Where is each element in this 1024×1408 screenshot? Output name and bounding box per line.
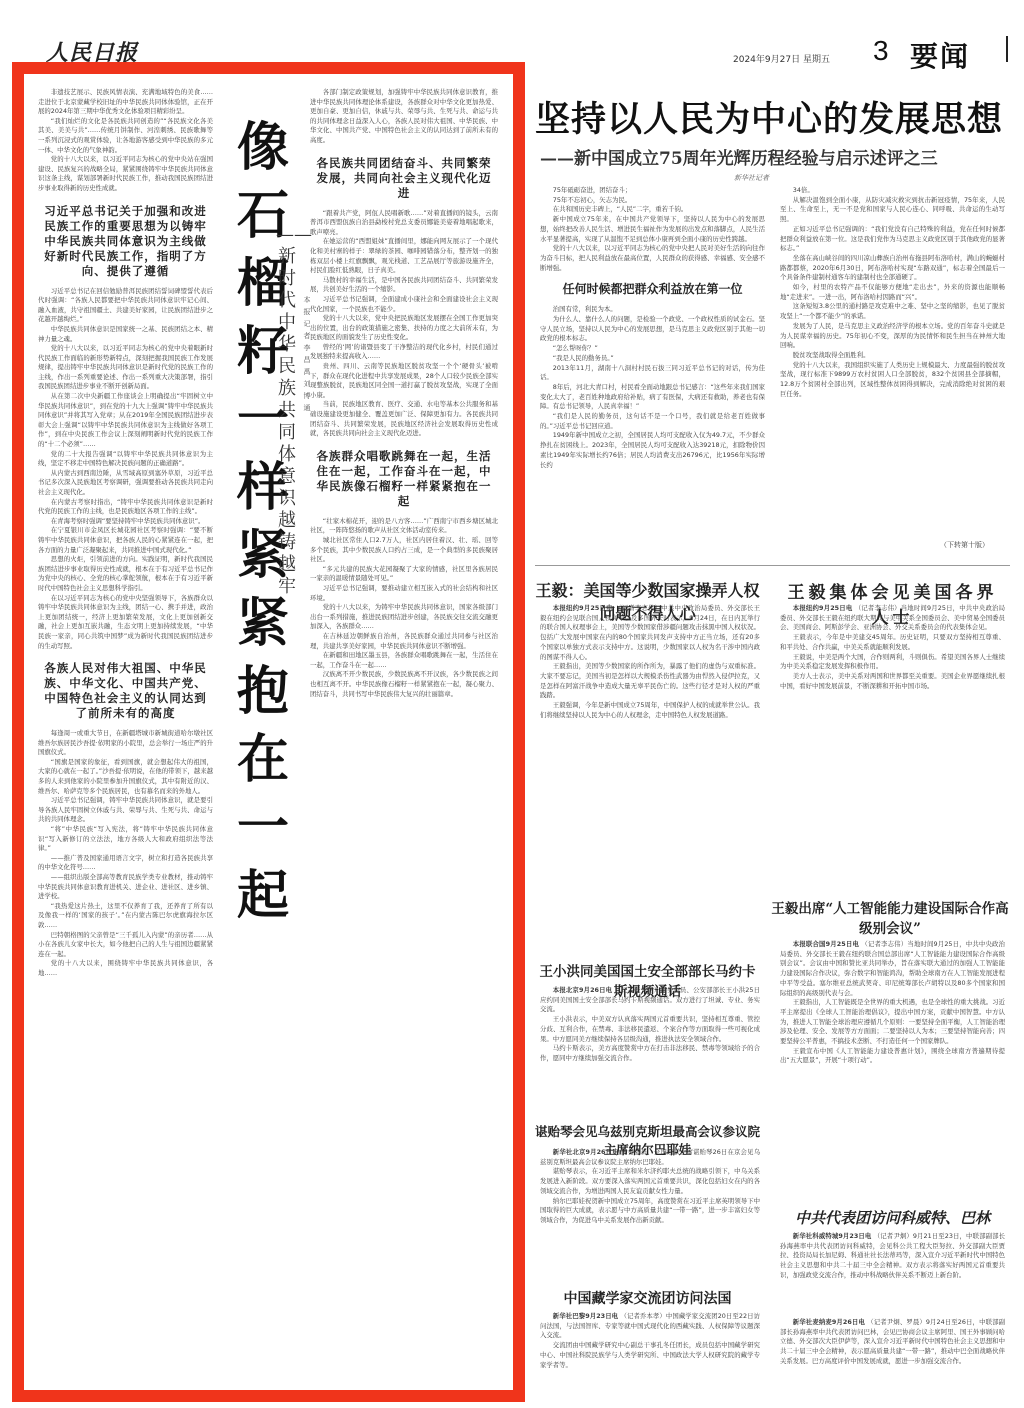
paragraph: 王毅表示，今年是中美建交45周年。历史证明，只要双方坚持相互尊重、和平共处、合作… (780, 633, 1005, 652)
paragraph: 美方人士表示，美中关系对两国和世界都至关重要。美国企业界愿继续扎根中国，看好中国… (780, 672, 1005, 691)
paragraph: 本报联合国9月25日电 （记者李志伟）当地时间9月25日，中共中央政治局委员、外… (780, 940, 1005, 998)
paragraph: 城北社区常住人口2.7万人，社区内居住着汉、壮、瑶、回等多个民族，其中少数民族人… (310, 536, 498, 565)
paragraph: 习近平总书记强调，要推动建立相互嵌入式的社会结构和社区环境。 (310, 584, 498, 603)
paragraph: 党的二十大报告强调“以铸牢中华民族共同体意识为主线，坚定不移走中国特色解决民族问… (38, 450, 213, 469)
paragraph: “我热爱这片热土，这里不仅养育了我，还养育了所有以及像我一样的‘国家的孩子’。”… (38, 902, 213, 931)
paragraph: 治国有常，利民为本。 (540, 305, 765, 315)
main-byline: 新华社记者 (734, 173, 769, 183)
dateline: 本报纽约9月25日电 (793, 604, 855, 612)
paragraph: “我是人民的勤务员。” (540, 354, 765, 364)
paragraph: 汉族离不开少数民族，少数民族离不开汉族，各少数民族之间也相互离不开。中华民族像石… (310, 670, 498, 699)
paragraph: “多元共建的民族大花园凝聚了大家的情感，社区里各族居民一家亲的温暖情景随处可见。… (310, 565, 498, 584)
main-subheadline: ——新中国成立75周年光辉历程经验与启示述评之三 (540, 144, 1010, 169)
paragraph: 谌贻琴表示，在习近平主席和米尔济约耶夫总统的战略引领下，中乌关系发展进入新阶段。… (540, 1167, 760, 1196)
news-headline-7: 中共代表团访问科威特、巴林 (780, 1207, 1005, 1228)
paragraph: 在以习近平同志为核心的党中央坚强领导下，各族群众以铸牢中华民族共同体意识为主线，… (38, 594, 213, 652)
paragraph: 在青海考察时强调“要坚持铸牢中华民族共同体意识”。 (38, 517, 213, 527)
paragraph: 纳尔巴耶娃祝贺新中国成立75周年，高度赞赏在习近平主席英明领导下中国取得的巨大成… (540, 1197, 760, 1226)
dateline: 新华社科威特城9月23日电 (793, 1232, 874, 1240)
dateline: 本报北京9月26日电 (553, 986, 615, 994)
paragraph: 新华社科威特城9月23日电 （记者尹炯）9月21日至23日，中联部副部长孙海燕率… (780, 1232, 1005, 1281)
paragraph: 巴特朝格图的父亲曾是“三千孤儿入内蒙”的亲历者……从小在各族儿女家中长大，如今他… (38, 931, 213, 960)
paragraph: 党的十八大以来，以习近平同志为核心的党中央站在强国建设、民族复兴的战略全局，紧紧… (38, 155, 213, 193)
paragraph: 党的十八大以来，党中央把民族地区发展摆在全国工作更加突出的位置，出台的政策措施之… (310, 314, 498, 343)
dateline: 新华社北京9月26日电 (553, 1148, 621, 1156)
paragraph: 从在第二次中央新疆工作座谈会上明确提出“牢固树立中华民族共同体意识”，到在党的十… (38, 392, 213, 450)
paragraph: 发展为了人民，是马克思主义政治经济学的根本立场。党的百年奋斗史就是为人民谋幸福的… (780, 322, 1005, 351)
paragraph: “我们灿烂的文化是各民族共同创造的”“各民族文化各美其美、美美与共”……传统月饼… (38, 117, 213, 155)
paragraph: 8年后，河北大青口村，村民看全面动地跟总书记感言：“这些年来我们国家变化太大了，… (540, 383, 765, 412)
continue-note: （下转第十版） (940, 540, 989, 550)
paragraph: 正如习近平总书记强调的：“我们党没有自己特殊的利益，党在任何时候都把群众利益放在… (780, 225, 1005, 254)
paragraph: 这条短短3.8公里的通村路是攻克难中之难、坚中之坚的缩影，也见了脱贫攻坚上“一个… (780, 302, 1005, 321)
paragraph: 党的十八大以来，为铸牢中华民族共同体意识，国家各级部门出台一系列措施，推进民族团… (310, 603, 498, 632)
main-article-subhead: 任何时候都把群众利益放在第一位 (540, 281, 765, 297)
paragraph: 34倍。 (780, 186, 1005, 196)
news-body-8: 新华社麦纳麦9月26日电 （记者尹炯、罗晨）9月24日至26日，中联部副部长孙海… (780, 1318, 1005, 1403)
dateline: 新华社麦纳麦9月26日电 (793, 1318, 867, 1326)
news-body-5: 新华社北京9月26日电 国务委员、全国妇联主席谌贻琴26日在京会见乌兹别克斯坦最… (540, 1148, 760, 1278)
paragraph: “我们是人民的勤务员，这句话不是一个口号，我们就是给老百姓做事的。”习近平总书记… (540, 412, 765, 431)
paragraph: 中华民族共同体意识是国家统一之基、民族团结之本、精神力量之魂。 (38, 325, 213, 344)
news-headline-6: 中国藏学家交流团访问法国 (535, 1288, 760, 1308)
paragraph: 习近平总书记强调，铸牢中华民族共同体意识，就是要引导各族人民牢固树立休戚与共、荣… (38, 796, 213, 825)
paragraph: 在宁夏银川市金凤区长城花园社区考察时强调：“要不断铸牢中华民族共同体意识，把各族… (38, 526, 213, 555)
paragraph: ——推广普及国家通用语言文字，树立和打造各民族共享的中华文化符号…… (38, 854, 213, 873)
paragraph: 王毅指出，人工智能既是全世界的重大机遇，也是全球性的重大挑战。习近平主席提出《全… (780, 998, 1005, 1047)
paragraph: 在她运营的“西盟姐妹”直播间里，娜能向网友展示了一个现代化和美村寨的样子：翠绿的… (310, 237, 498, 275)
paragraph: 当前，民族地区教育、医疗、交通、水电等基本公共服务和基础设施建设更加健全、覆盖更… (310, 400, 498, 438)
paragraph: 马散村的幸福生活，是中国各民族共同团结奋斗、共同繁荣发展，共创美好生活的一个缩影… (310, 276, 498, 295)
paragraph: 党的十八大以来，我国组织实施了人类历史上规模最大、力度最强的脱贫攻坚战，现行标准… (780, 361, 1005, 400)
paragraph: 习近平总书记在回信勉励普洱民族团结誓词碑盟誓代表后代时强调：“各族人民都要把中华… (38, 287, 213, 325)
feature-column-left: 非遗技艺展示、民族风情表演、充满地域特色的美食……走进位于北京蒙藏学校旧址的中华… (38, 88, 213, 1388)
paragraph: 曾经的‘网’的诸暨县变了干净整洁的现代化乡村，村民们通过发展独特来提高收入…… (310, 343, 498, 362)
paragraph: ——组织出版全部高等教育民族学类专业教材，推动铸牢中华民族共同体意识教育进机关、… (38, 873, 213, 902)
paragraph: 新华社北京9月26日电 国务委员、全国妇联主席谌贻琴26日在京会见乌兹别克斯坦最… (540, 1148, 760, 1167)
paragraph: 交流团由中国藏学研究中心副总干事孔冬任团长，成员包括中国藏学研究中心、中国社科院… (540, 1341, 760, 1370)
paragraph: 本报北京9月26日电 （记者张天培）国务委员、公安部部长王小洪25日应约同美国国… (540, 986, 760, 1015)
divider (535, 565, 1010, 566)
paragraph: 为什么人、靠什么人的问题，是检验一个政党、一个政权性质的试金石。坚守人民立场，坚… (540, 315, 765, 344)
paragraph: 习近平总书记强调，全面建成小康社会和全面建设社会主义现代化国家，一个民族也不能少… (310, 295, 498, 314)
paragraph: 在内蒙古考察时指出，“铸牢中华民族共同体意识是新时代党的民族工作的主线，也是民族… (38, 498, 213, 517)
news-body-2: 本报纽约9月25日电 （记者李志伟）当地时间9月25日，中共中央政治局委员、外交… (780, 604, 1005, 874)
paragraph: 思想的火炬，引领前进的方向。实践证明，新时代我国民族团结进步事业取得历史性成就，… (38, 555, 213, 593)
feature-subhead-3: 各民族共同团结奋斗、共同繁荣发展，共同向社会主义现代化迈进 (312, 156, 496, 201)
paragraph: 2013年11月，湖南十八洞村村民石拔三同习近平总书记的对话，传为佳话。 (540, 364, 765, 383)
paragraph: 75年不忘初心，矢志为民。 (540, 196, 765, 206)
paragraph: 本报纽约9月25日电 （记者李志伟）当地时间9月25日，中共中央政治局委员、外交… (780, 604, 1005, 633)
paragraph: 各部门制定政策规划，加强铸牢中华民族共同体意识教育，推进中华民族共同体理论体系建… (310, 88, 498, 146)
paragraph: 在新疆和田地区墨玉县，各族群众唱歌跳舞在一起，生活住在一起，工作奋斗在一起…… (310, 651, 498, 670)
paragraph: “怎么帮呀你？” (540, 344, 765, 354)
paragraph: 1949年新中国成立之初，全国居民人均可支配收入仅为49.7元，不少群众挣扎在贫… (540, 431, 765, 470)
dateline: 本报纽约9月25日电 (553, 604, 615, 612)
issue-date: 2024年9月27日 星期五 (733, 52, 830, 65)
paragraph: 贵州、四川、云南等民族地区脱贫攻坚一个个‘硬骨头’被啃下，群众在现代化进程中共享… (310, 362, 498, 400)
dateline: 本报联合国9月25日电 (793, 940, 862, 948)
paragraph: 王毅指出，美国等少数国家的所作所为，暴露了他们的虚伪与双重标准。大家不要忘记，美… (540, 662, 760, 701)
paragraph: 脱贫攻坚战取得全面胜利。 (780, 351, 1005, 361)
paragraph: 在吉林延边朝鲜族自治州，各民族群众通过共同参与社区治理，共建共享美好家园，中华民… (310, 632, 498, 651)
main-article-column-1: 75年砥砺奋进，团结奋斗；75年不忘初心，矢志为民。在共和国历史丰碑上，“人民”… (540, 186, 765, 566)
main-headline: 坚持以人民为中心的发展思想 (535, 92, 1005, 142)
paragraph: 新中国成立75年来，在中国共产党领导下，坚持以人民为中心的发展思想，始终把改善人… (540, 215, 765, 244)
paragraph: 如今，村里的农特产品不仅能够方便地“走出去”，外来的资源也能顺畅地“走进来”。一… (780, 283, 1005, 302)
paragraph: 马约卡斯表示，美方高度赞赏中方在打击非法移民、禁毒等领域给予的合作，愿同中方继续… (540, 1044, 760, 1063)
paragraph: 王毅强调，今年是新中国成立75周年，中国保护人权的成就举世公认。我们将继续坚持以… (540, 701, 760, 720)
paragraph: 王毅宣布中国《人工智能能力建设普惠计划》，围绕全球南方普遍期待提出“五大愿景”，… (780, 1047, 1005, 1066)
paragraph: 在共和国历史丰碑上，“人民”二字，重若千钧。 (540, 205, 765, 215)
paragraph: “跟着共产党，阿佤人民唱新歌……”对着直播间的镜头，云南普洱市西盟佤族自治县勐梭… (310, 209, 498, 238)
paragraph: “壮家木棉花开，迎的是八方客……”广西南宁市西乡塘区城北社区，一阵阵悠扬的歌声从… (310, 517, 498, 536)
paragraph: 从解决温饱到全面小康，从防灾减灾救灾到抗击新冠疫情，75年来，人民至上、生命至上… (780, 196, 1005, 225)
paragraph: 每逢周一或重大节日，在新疆塔城市新城街道哈尔墩社区维吾尔族居民沙吾提·依明家的小… (38, 729, 213, 758)
paragraph: 非遗技艺展示、民族风情表演、充满地域特色的美食……走进位于北京蒙藏学校旧址的中华… (38, 88, 213, 117)
page-number: 3 (873, 35, 889, 67)
paragraph: “国旗是国家的象征，看到国旗，就会想起伟大的祖国，大家的心就在一起了。”沙吾提·… (38, 758, 213, 796)
feature-subtitle: ——新时代中华民族共同体意识越铸越牢 (276, 224, 298, 598)
paragraph: 党的十八大以来，围绕铸牢中华民族共同体意识，各地…… (38, 959, 213, 978)
paragraph: 新华社巴黎9月23日电 （记者乔本孝）中国藏学家交流团20日至22日访问法国，与… (540, 1312, 760, 1341)
paragraph: 坐落在高山峡谷间的四川凉山彝族自治州布拖县阿布洛哈村，满山的蜿蜒村路都都蔡，20… (780, 254, 1005, 283)
feature-column-right: 各部门制定政策规划，加强铸牢中华民族共同体意识教育，推进中华民族共同体理论体系建… (310, 88, 498, 1388)
section-divider (1006, 36, 1008, 62)
paragraph: 本报纽约9月25日电 （记者李志伟）中共中央政治局委员、外交部长王毅在纽约会见联… (540, 604, 760, 662)
news-body-1: 本报纽约9月25日电 （记者李志伟）中共中央政治局委员、外交部长王毅在纽约会见联… (540, 604, 760, 944)
feature-article-frame: 非遗技艺展示、民族风情表演、充满地域特色的美食……走进位于北京蒙藏学校旧址的中华… (12, 62, 525, 1402)
news-headline-4: 王毅出席“人工智能能力建设国际合作高级别会议” (770, 897, 1010, 937)
news-body-6: 新华社巴黎9月23日电 （记者乔本孝）中国藏学家交流团20日至22日访问法国，与… (540, 1312, 760, 1402)
paragraph: 党的十八大以来，以习近平同志为核心的党中央着眼新时代民族工作面临的新形势新特点，… (38, 344, 213, 392)
news-body-3: 本报北京9月26日电 （记者张天培）国务委员、公安部部长王小洪25日应约同美国国… (540, 986, 760, 1116)
feature-subhead-1: 习近平总书记关于加强和改进民族工作的重要思想为以铸牢中华民族共同体意识为主线做好… (40, 204, 211, 279)
paragraph: 75年砥砺奋进，团结奋斗； (540, 186, 765, 196)
news-body-7: 新华社科威特城9月23日电 （记者尹炯）9月21日至23日，中联部副部长孙海燕率… (780, 1232, 1005, 1317)
paragraph: “将”中华民族“写入宪法，将”铸牢中华民族共同体意识“写入新修订的立法法，地方各… (38, 825, 213, 854)
paragraph: 新华社麦纳麦9月26日电 （记者尹炯、罗晨）9月24日至26日，中联部副部长孙海… (780, 1318, 1005, 1367)
masthead: 人民日报 2024年9月27日 星期五 3 要闻 (0, 0, 1024, 62)
paragraph: 从内蒙古到西南边陲，从雪域高原到塞外草原，习近平总书记多次深入民族地区考察调研，… (38, 469, 213, 498)
paragraph: 王小洪表示，中美双方认真落实两国元首重要共识，坚持相互尊重、管控分歧、互利合作，… (540, 1015, 760, 1044)
feature-subhead-4: 各族群众唱歌跳舞在一起，生活住在一起，工作奋斗在一起，中华民族像石榴籽一样紧紧抱… (312, 449, 496, 509)
section-name: 要闻 (910, 35, 970, 75)
main-article-column-2: 34倍。从解决温饱到全面小康，从防灾减灾救灾到抗击新冠疫情，75年来，人民至上、… (780, 186, 1005, 536)
paragraph: 党的十八大以来，以习近平同志为核心的党中央把人民对美好生活的向往作为奋斗目标，把… (540, 244, 765, 273)
dateline: 新华社巴黎9月23日电 (553, 1312, 621, 1320)
news-body-4: 本报联合国9月25日电 （记者李志伟）当地时间9月25日，中共中央政治局委员、外… (780, 940, 1005, 1180)
feature-subhead-2: 各族人民对伟大祖国、中华民族、中华文化、中国共产党、中国特色社会主义的认同达到了… (40, 661, 211, 721)
paragraph: 王毅说，中美是两个大国，合作则两利，斗则俱伤。希望美国各界人士继续为中美关系稳定… (780, 653, 1005, 672)
